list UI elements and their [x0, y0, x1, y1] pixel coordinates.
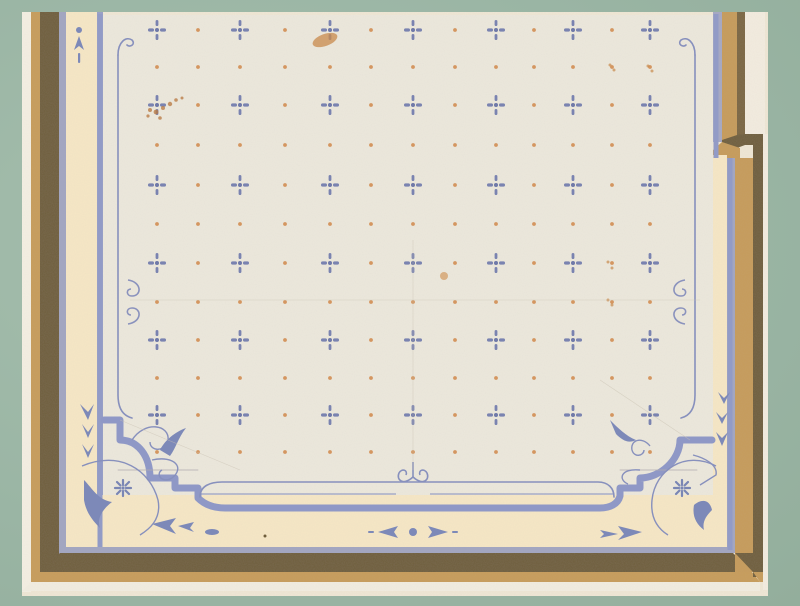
orange-dot	[283, 222, 287, 226]
orange-dot	[532, 143, 536, 147]
orange-dot	[369, 103, 373, 107]
orange-dot	[610, 338, 614, 342]
orange-dot	[283, 450, 287, 454]
orange-dot	[453, 300, 457, 304]
orange-dot	[369, 450, 373, 454]
orange-dot	[494, 450, 498, 454]
orange-dot	[238, 143, 242, 147]
orange-dot	[238, 376, 242, 380]
orange-dot	[532, 450, 536, 454]
orange-dot	[453, 338, 457, 342]
orange-dot	[648, 300, 652, 304]
orange-dot	[369, 143, 373, 147]
orange-dot	[196, 65, 200, 69]
orange-dot	[328, 300, 332, 304]
orange-dot	[196, 413, 200, 417]
orange-dot	[494, 376, 498, 380]
orange-dot	[411, 222, 415, 226]
orange-dot	[532, 183, 536, 187]
orange-dot	[238, 450, 242, 454]
orange-dot	[196, 103, 200, 107]
orange-dot	[283, 413, 287, 417]
orange-dot	[283, 261, 287, 265]
orange-dot	[196, 143, 200, 147]
orange-dot	[453, 450, 457, 454]
orange-dot	[453, 65, 457, 69]
orange-dot	[369, 183, 373, 187]
orange-dot	[369, 338, 373, 342]
orange-dot	[494, 143, 498, 147]
orange-dot	[238, 300, 242, 304]
orange-dot	[196, 222, 200, 226]
orange-dot	[610, 103, 614, 107]
orange-dot	[648, 222, 652, 226]
orange-dot	[494, 65, 498, 69]
orange-dot	[369, 413, 373, 417]
orange-dot	[196, 300, 200, 304]
orange-dot	[196, 376, 200, 380]
orange-dot	[369, 300, 373, 304]
orange-dot	[532, 413, 536, 417]
orange-dot	[610, 376, 614, 380]
orange-dot	[196, 261, 200, 265]
orange-dot	[532, 300, 536, 304]
orange-dot	[196, 28, 200, 32]
orange-dot	[283, 143, 287, 147]
orange-dot	[453, 413, 457, 417]
ceiling-design-drawing	[0, 0, 800, 606]
orange-dot	[369, 261, 373, 265]
orange-dot	[494, 300, 498, 304]
orange-dot	[532, 28, 536, 32]
orange-dot	[453, 143, 457, 147]
orange-dot	[610, 413, 614, 417]
orange-dot	[283, 183, 287, 187]
orange-dot	[532, 261, 536, 265]
orange-dot	[155, 222, 159, 226]
orange-dot	[494, 222, 498, 226]
orange-dot	[155, 376, 159, 380]
orange-dot	[453, 222, 457, 226]
orange-dot	[283, 300, 287, 304]
orange-dot	[453, 103, 457, 107]
orange-dot	[283, 376, 287, 380]
orange-dot	[532, 65, 536, 69]
orange-dot	[648, 450, 652, 454]
orange-dot	[571, 376, 575, 380]
orange-dot	[532, 338, 536, 342]
orange-dot	[610, 450, 614, 454]
orange-dot	[369, 65, 373, 69]
orange-dot	[411, 143, 415, 147]
orange-dot	[532, 376, 536, 380]
orange-dot	[532, 222, 536, 226]
orange-dot	[453, 183, 457, 187]
orange-dot	[328, 376, 332, 380]
orange-dot	[238, 222, 242, 226]
orange-dot	[411, 65, 415, 69]
orange-dot	[610, 261, 614, 265]
orange-dot	[155, 65, 159, 69]
orange-dot	[369, 28, 373, 32]
orange-dot	[610, 183, 614, 187]
orange-dot	[610, 300, 614, 304]
orange-dot	[571, 65, 575, 69]
orange-dot	[453, 28, 457, 32]
orange-dot	[283, 338, 287, 342]
orange-dot	[532, 103, 536, 107]
orange-dot	[283, 28, 287, 32]
orange-dot	[328, 450, 332, 454]
orange-dot	[369, 376, 373, 380]
orange-dot	[155, 450, 159, 454]
orange-dot	[283, 65, 287, 69]
drawing-canvas	[0, 0, 800, 606]
orange-dot	[571, 143, 575, 147]
orange-dot	[155, 300, 159, 304]
orange-dot	[571, 300, 575, 304]
orange-dot	[369, 222, 373, 226]
orange-dot	[283, 103, 287, 107]
orange-dot	[610, 28, 614, 32]
orange-dot	[648, 376, 652, 380]
orange-dot	[610, 143, 614, 147]
orange-dot	[328, 65, 332, 69]
orange-dot	[453, 376, 457, 380]
orange-dot	[571, 222, 575, 226]
orange-dot	[238, 65, 242, 69]
orange-dot	[453, 261, 457, 265]
orange-dot	[196, 183, 200, 187]
orange-dot	[328, 143, 332, 147]
orange-dot	[328, 222, 332, 226]
orange-dot	[610, 222, 614, 226]
orange-dot	[571, 450, 575, 454]
orange-dot	[155, 143, 159, 147]
orange-dot	[648, 143, 652, 147]
orange-dot	[196, 338, 200, 342]
